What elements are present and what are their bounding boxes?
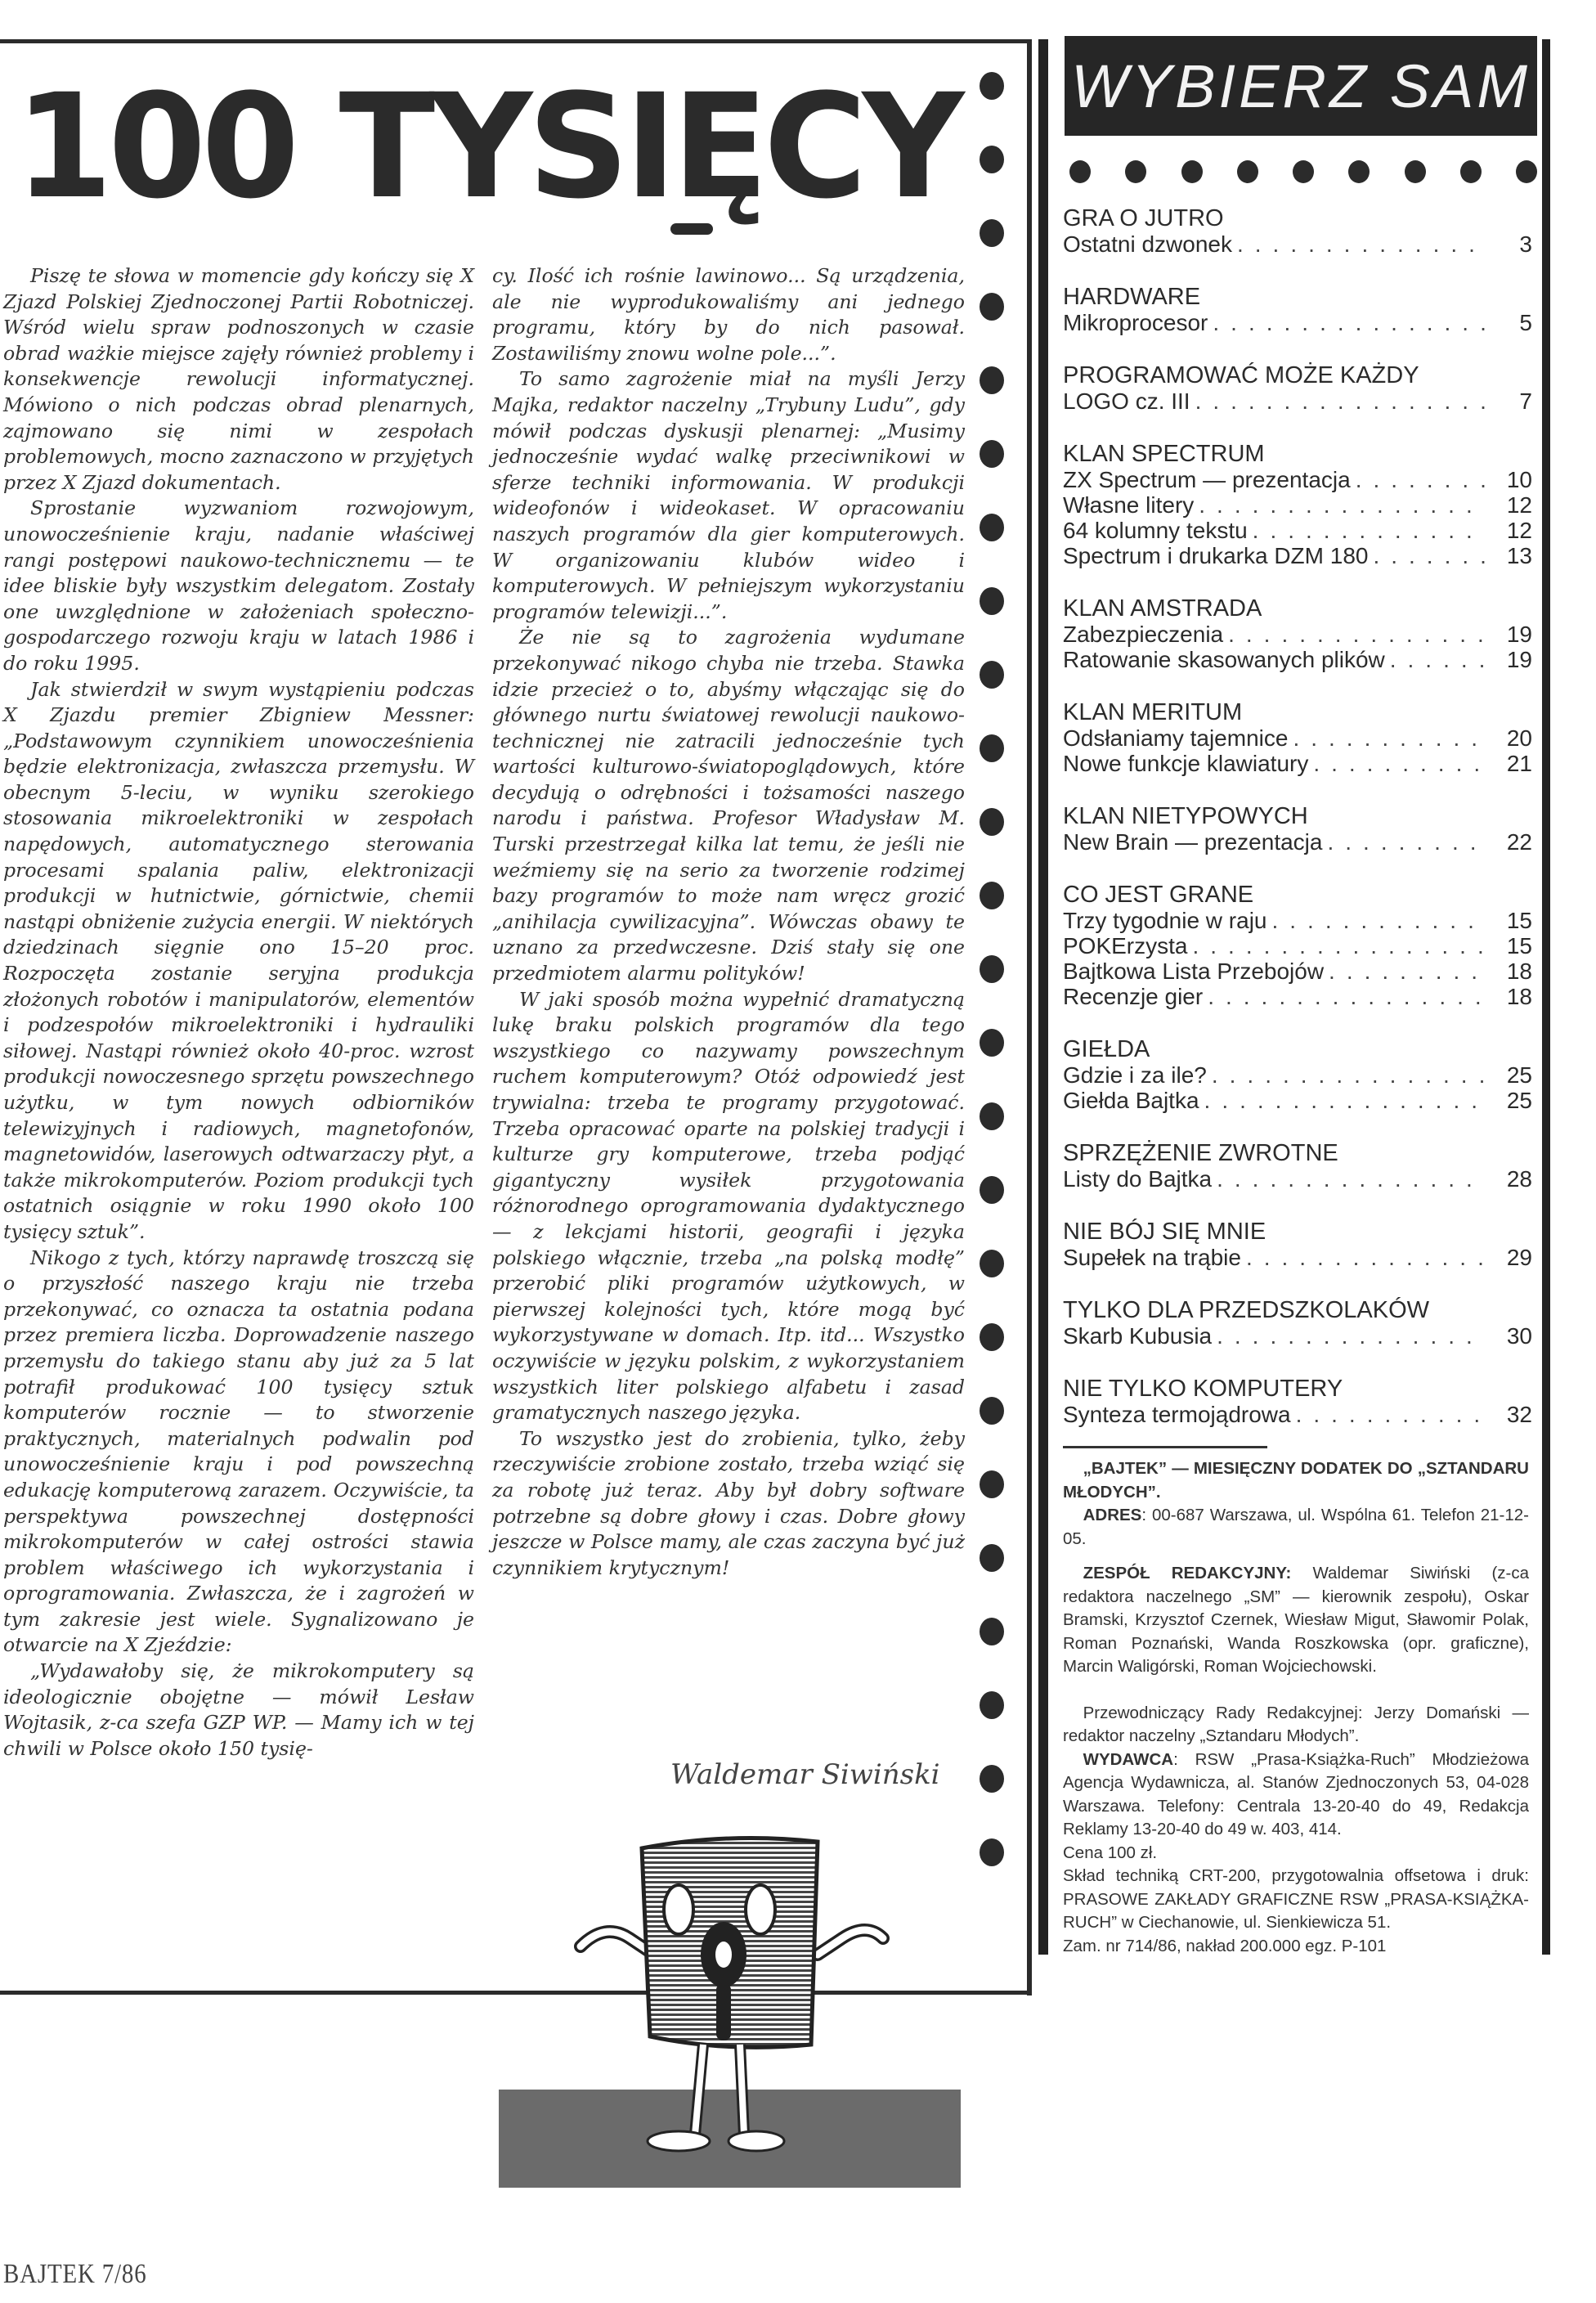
toc-entry[interactable]: Własne litery...........................…	[1063, 492, 1532, 518]
toc-section-heading: KLAN NIETYPOWYCH	[1063, 804, 1532, 829]
dot-icon	[980, 955, 1004, 983]
toc-section: GIEŁDA Gdzie i za ile?..................…	[1063, 1037, 1532, 1113]
toc-entry[interactable]: Spectrum i drukarka DZM 180.............…	[1063, 543, 1532, 568]
toc-entry-title: Giełda Bajtka	[1063, 1088, 1199, 1113]
article-column-left: Piszę te słowa w momencie gdy kończy się…	[3, 263, 474, 1762]
dot-leader: ..............................	[1390, 647, 1485, 672]
paragraph: „Wydawałoby się, że mikrokomputery są id…	[3, 1659, 474, 1762]
team-label: ZESPÓŁ REDAKCYJNY:	[1083, 1564, 1292, 1582]
dot-leader: ..............................	[1373, 543, 1485, 568]
dot-icon	[980, 1102, 1004, 1130]
toc-entry-title: Własne litery	[1063, 492, 1194, 518]
toc-entry-title: New Brain — prezentacja	[1063, 829, 1322, 855]
dot-icon	[1237, 160, 1258, 183]
toc-entry-page: 19	[1490, 622, 1532, 647]
toc-entry-title: Synteza termojądrowa	[1063, 1402, 1291, 1427]
toc-entry[interactable]: Skarb Kubusia...........................…	[1063, 1323, 1532, 1349]
toc-entry[interactable]: Supełek na trąbie.......................…	[1063, 1245, 1532, 1270]
sidebar-dot-row	[1069, 160, 1537, 183]
dot-leader: ..............................	[1327, 829, 1485, 855]
dot-leader: ..............................	[1356, 467, 1485, 492]
paragraph: Jak stwierdził w swym wystąpieniu podcza…	[3, 677, 474, 1246]
dot-icon	[980, 1765, 1004, 1793]
dot-icon	[980, 219, 1004, 247]
council-chair: Przewodniczący Rady Redakcyjnej: Jerzy D…	[1063, 1702, 1529, 1749]
toc-entry-title: Zabezpieczenia	[1063, 622, 1223, 647]
dot-leader: ..............................	[1199, 492, 1485, 518]
dot-icon	[980, 1176, 1004, 1204]
toc-entry-page: 15	[1490, 908, 1532, 933]
toc-entry[interactable]: Mikroprocesor...........................…	[1063, 310, 1532, 335]
toc-entry[interactable]: LOGO cz. III............................…	[1063, 388, 1532, 414]
toc-section: KLAN NIETYPOWYCH New Brain — prezentacja…	[1063, 804, 1532, 855]
toc-entry-page: 12	[1490, 492, 1532, 518]
publisher: WYDAWCA: RSW „Prasa-Książka-Ruch” Młodzi…	[1063, 1749, 1529, 1842]
dot-icon	[980, 1838, 1004, 1866]
paragraph: Sprostanie wyzwaniom rozwojowym, unowocz…	[3, 496, 474, 676]
toc-entry[interactable]: 64 kolumny tekstu.......................…	[1063, 518, 1532, 543]
toc-section: GRA O JUTRO Ostatni dzwonek.............…	[1063, 206, 1532, 257]
toc-entry[interactable]: Ostatni dzwonek.........................…	[1063, 231, 1532, 257]
toc-section-heading: KLAN AMSTRADA	[1063, 596, 1532, 622]
toc-section-heading: NIE TYLKO KOMPUTERY	[1063, 1376, 1532, 1402]
toc-section-heading: PROGRAMOWAĆ MOŻE KAŻDY	[1063, 363, 1532, 388]
toc-entry[interactable]: Nowe funkcje klawiatury.................…	[1063, 751, 1532, 776]
dot-leader: ..............................	[1213, 310, 1485, 335]
toc-entry-page: 30	[1490, 1323, 1532, 1349]
toc-entry[interactable]: Synteza termojądrowa....................…	[1063, 1402, 1532, 1427]
paragraph: To samo zagrożenie miał na myśli Jerzy M…	[492, 366, 965, 625]
toc-section-heading: NIE BÓJ SIĘ MNIE	[1063, 1219, 1532, 1245]
ogonek-mark	[670, 223, 713, 235]
dot-leader: ..............................	[1329, 958, 1485, 984]
toc-entry-page: 22	[1490, 829, 1532, 855]
toc-entry-title: Skarb Kubusia	[1063, 1323, 1212, 1349]
toc-entry[interactable]: Odsłaniamy tajemnice....................…	[1063, 725, 1532, 751]
toc-entry-page: 13	[1490, 543, 1532, 568]
toc-entry[interactable]: Gdzie i za ile?.........................…	[1063, 1062, 1532, 1088]
paragraph: To wszystko jest do zrobienia, tylko, że…	[492, 1426, 965, 1582]
toc-section: KLAN SPECTRUM ZX Spectrum — prezentacja.…	[1063, 442, 1532, 568]
dot-icon	[1405, 160, 1426, 183]
toc-entry[interactable]: Trzy tygodnie w raju....................…	[1063, 908, 1532, 933]
dot-icon	[980, 1618, 1004, 1645]
dot-leader: ..............................	[1246, 1245, 1485, 1270]
toc-entry-page: 19	[1490, 647, 1532, 672]
dot-leader: ..............................	[1253, 518, 1485, 543]
toc-entry-title: Trzy tygodnie w raju	[1063, 908, 1267, 933]
toc-entry-page: 10	[1490, 467, 1532, 492]
dot-leader: ..............................	[1293, 725, 1485, 751]
sidebar-border-right	[1542, 39, 1550, 1955]
sidebar-title: WYBIERZ SAM	[1065, 36, 1537, 136]
paragraph: Że nie są to zagrożenia wydumane przekon…	[492, 625, 965, 986]
toc-entry-title: Ratowanie skasowanych plików	[1063, 647, 1385, 672]
toc-entry-page: 29	[1490, 1245, 1532, 1270]
dot-icon	[980, 1029, 1004, 1057]
toc-entry-page: 28	[1490, 1166, 1532, 1192]
toc-section-heading: TYLKO DLA PRZEDSZKOLAKÓW	[1063, 1298, 1532, 1323]
article-headline: 100 TYSIĘCY	[15, 75, 960, 219]
paragraph: W jaki sposób można wypełnić dramatyczną…	[492, 987, 965, 1426]
toc-entry-page: 15	[1490, 933, 1532, 958]
publisher-label: WYDAWCA	[1083, 1750, 1173, 1769]
dot-icon	[980, 1250, 1004, 1277]
toc-entry-title: Odsłaniamy tajemnice	[1063, 725, 1288, 751]
toc-entry-page: 25	[1490, 1062, 1532, 1088]
paragraph: Nikogo z tych, którzy naprawdę troszczą …	[3, 1246, 474, 1659]
masthead: „BAJTEK” — MIESIĘCZNY DODATEK DO „SZTAND…	[1063, 1457, 1529, 1504]
toc-section-heading: KLAN MERITUM	[1063, 700, 1532, 725]
toc-entry-title: Gdzie i za ile?	[1063, 1062, 1207, 1088]
dot-icon	[980, 882, 1004, 909]
dot-leader: ..............................	[1195, 388, 1485, 414]
toc-entry[interactable]: Bajtkowa Lista Przebojów................…	[1063, 958, 1532, 984]
article-column-middle: cy. Ilość ich rośnie lawinowo... Są urzą…	[492, 263, 965, 1581]
toc-entry-page: 3	[1490, 231, 1532, 257]
dot-icon	[1069, 160, 1091, 183]
toc-entry[interactable]: ZX Spectrum — prezentacja...............…	[1063, 467, 1532, 492]
toc-section-heading: KLAN SPECTRUM	[1063, 442, 1532, 467]
toc-entry-page: 7	[1490, 388, 1532, 414]
toc-section-heading: SPRZĘŻENIE ZWROTNE	[1063, 1141, 1532, 1166]
order-info: Zam. nr 714/86, nakład 200.000 egz. P-10…	[1063, 1935, 1529, 1959]
toc-entry-title: Listy do Bajtka	[1063, 1166, 1212, 1192]
toc-entry-title: 64 kolumny tekstu	[1063, 518, 1248, 543]
toc-section: KLAN MERITUM Odsłaniamy tajemnice.......…	[1063, 700, 1532, 776]
dot-icon	[1293, 160, 1314, 183]
dot-icon	[1460, 160, 1482, 183]
issue-footer: BAJTEK 7/86	[3, 2259, 147, 2290]
toc-entry[interactable]: Listy do Bajtka.........................…	[1063, 1166, 1532, 1192]
toc-section: NIE BÓJ SIĘ MNIE Supełek na trąbie......…	[1063, 1219, 1532, 1270]
toc-entry-title: POKErzysta	[1063, 933, 1187, 958]
toc-entry[interactable]: Giełda Bajtka...........................…	[1063, 1088, 1532, 1113]
dot-icon	[980, 1691, 1004, 1719]
dot-icon	[980, 440, 1004, 468]
dot-icon	[1516, 160, 1537, 183]
dot-leader: ..............................	[1217, 1166, 1485, 1192]
address-label: ADRES	[1083, 1506, 1142, 1524]
floppy-disk-mascot-icon	[572, 1832, 899, 2175]
toc-entry-title: LOGO cz. III	[1063, 388, 1190, 414]
toc-entry[interactable]: Zabezpieczenia..........................…	[1063, 622, 1532, 647]
dot-icon	[980, 1397, 1004, 1425]
price: Cena 100 zł.	[1063, 1842, 1529, 1865]
colophon-divider	[1063, 1446, 1267, 1448]
dot-leader: ..............................	[1212, 1062, 1485, 1088]
article-frame-right-rule	[1027, 39, 1032, 1995]
dot-leader: ..............................	[1313, 751, 1485, 776]
toc-section-heading: GRA O JUTRO	[1063, 206, 1532, 231]
sidebar-border-left	[1038, 39, 1048, 1955]
colophon: „BAJTEK” — MIESIĘCZNY DODATEK DO „SZTAND…	[1063, 1457, 1529, 1958]
dot-icon	[980, 72, 1004, 100]
toc-entry[interactable]: New Brain — prezentacja.................…	[1063, 829, 1532, 855]
dot-icon	[980, 808, 1004, 836]
toc-entry-page: 5	[1490, 310, 1532, 335]
toc-section-heading: HARDWARE	[1063, 285, 1532, 310]
dot-icon	[1181, 160, 1203, 183]
toc-section: HARDWARE Mikroprocesor..................…	[1063, 285, 1532, 335]
dot-leader: ..............................	[1228, 622, 1485, 647]
decorative-dot-column	[980, 72, 1009, 1912]
toc-section-heading: GIEŁDA	[1063, 1037, 1532, 1062]
toc-entry-title: Spectrum i drukarka DZM 180	[1063, 543, 1368, 568]
toc-entry-page: 12	[1490, 518, 1532, 543]
toc-entry-page: 32	[1490, 1402, 1532, 1427]
toc-entry-page: 18	[1490, 958, 1532, 984]
dot-leader: ..............................	[1208, 984, 1485, 1009]
paragraph: cy. Ilość ich rośnie lawinowo... Są urzą…	[492, 263, 965, 366]
toc-entry-title: Nowe funkcje klawiatury	[1063, 751, 1308, 776]
toc-section: PROGRAMOWAĆ MOŻE KAŻDY LOGO cz. III.....…	[1063, 363, 1532, 414]
dot-icon	[980, 1323, 1004, 1351]
table-of-contents: GRA O JUTRO Ostatni dzwonek.............…	[1063, 206, 1532, 1455]
toc-entry-page: 18	[1490, 984, 1532, 1009]
toc-entry[interactable]: POKErzysta..............................…	[1063, 933, 1532, 958]
toc-entry-title: ZX Spectrum — prezentacja	[1063, 467, 1351, 492]
dot-icon	[980, 366, 1004, 394]
dot-leader: ..............................	[1217, 1323, 1485, 1349]
dot-icon	[980, 734, 1004, 762]
toc-entry-title: Supełek na trąbie	[1063, 1245, 1241, 1270]
toc-entry[interactable]: Recenzje gier...........................…	[1063, 984, 1532, 1009]
dot-icon	[980, 1470, 1004, 1498]
editorial-team: ZESPÓŁ REDAKCYJNY: Waldemar Siwiński (z-…	[1063, 1562, 1529, 1679]
toc-entry-title: Recenzje gier	[1063, 984, 1203, 1009]
dot-leader: ..............................	[1296, 1402, 1485, 1427]
dot-leader: ..............................	[1192, 933, 1485, 958]
dot-icon	[980, 1544, 1004, 1572]
toc-entry-title: Ostatni dzwonek	[1063, 231, 1232, 257]
toc-entry-title: Mikroprocesor	[1063, 310, 1208, 335]
toc-section: SPRZĘŻENIE ZWROTNE Listy do Bajtka......…	[1063, 1141, 1532, 1192]
dot-icon	[980, 514, 1004, 541]
address: ADRES: 00-687 Warszawa, ul. Wspólna 61. …	[1063, 1504, 1529, 1551]
dot-icon	[1125, 160, 1146, 183]
dot-leader: ..............................	[1204, 1088, 1485, 1113]
toc-entry-page: 25	[1490, 1088, 1532, 1113]
toc-entry-page: 21	[1490, 751, 1532, 776]
dot-leader: ..............................	[1272, 908, 1486, 933]
top-rule	[0, 39, 1032, 43]
toc-section: CO JEST GRANE Trzy tygodnie w raju......…	[1063, 882, 1532, 1009]
print-info: Skład techniką CRT-200, przygotowalnia o…	[1063, 1865, 1529, 1935]
toc-section: NIE TYLKO KOMPUTERY Synteza termojądrowa…	[1063, 1376, 1532, 1427]
dot-icon	[980, 146, 1004, 173]
author-signature: Waldemar Siwiński	[670, 1758, 940, 1791]
toc-section: TYLKO DLA PRZEDSZKOLAKÓW Skarb Kubusia..…	[1063, 1298, 1532, 1349]
toc-entry-title: Bajtkowa Lista Przebojów	[1063, 958, 1324, 984]
dot-leader: ..............................	[1237, 231, 1485, 257]
dot-icon	[980, 587, 1004, 615]
toc-entry-page: 20	[1490, 725, 1532, 751]
dot-icon	[1348, 160, 1370, 183]
toc-entry[interactable]: Ratowanie skasowanych plików............…	[1063, 647, 1532, 672]
toc-section-heading: CO JEST GRANE	[1063, 882, 1532, 908]
paragraph: Piszę te słowa w momencie gdy kończy się…	[3, 263, 474, 496]
toc-section: KLAN AMSTRADA Zabezpieczenia............…	[1063, 596, 1532, 672]
dot-icon	[980, 293, 1004, 321]
dot-icon	[980, 661, 1004, 689]
